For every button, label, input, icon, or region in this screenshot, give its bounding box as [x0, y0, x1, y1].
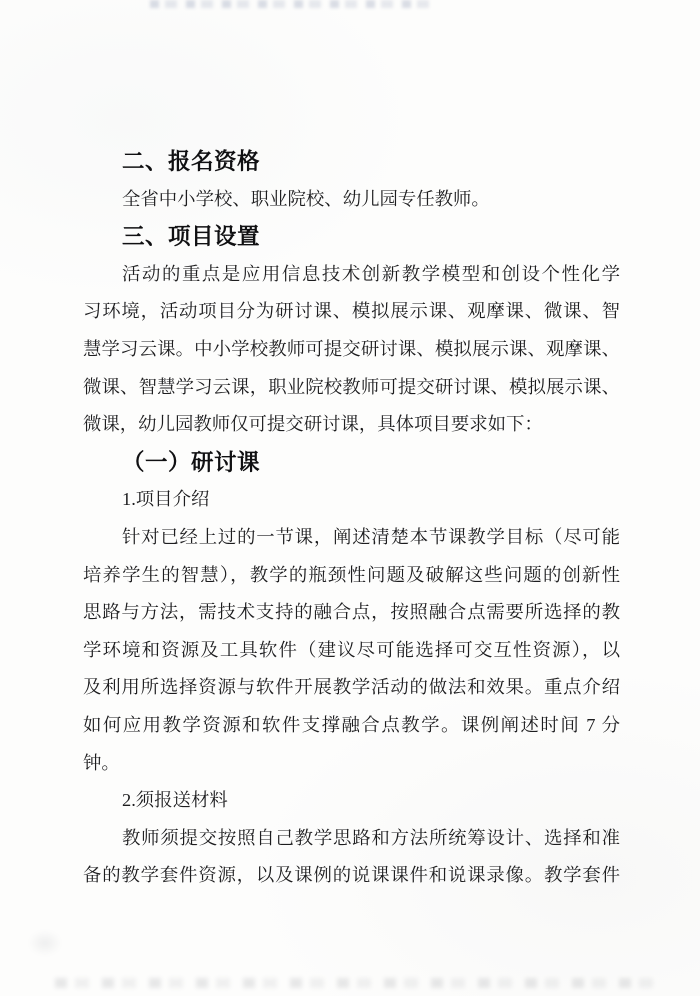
text-line: 钟。: [83, 745, 620, 783]
section-heading: （一）研讨课: [83, 444, 620, 482]
text-line: 培养学生的智慧），教学的瓶颈性问题及破解这些问题的创新性: [83, 557, 620, 595]
sub-heading: 1.项目介绍: [83, 481, 620, 519]
text-line: 如何应用教学资源和软件支撑融合点教学。课例阐述时间 7 分: [83, 707, 620, 745]
text-line: 活动的重点是应用信息技术创新教学模型和创设个性化学: [83, 256, 620, 294]
ink-bleedthrough-top: [150, 0, 438, 8]
section-heading: 三、项目设置: [83, 218, 620, 256]
text-line: 备的教学套件资源，以及课例的说课课件和说课录像。教学套件: [83, 857, 620, 895]
text-line: 教师须提交按照自己教学思路和方法所统筹设计、选择和准: [83, 820, 620, 858]
scanned-document-page: 二、报名资格全省中小学校、职业院校、幼儿园专任教师。三、项目设置活动的重点是应用…: [0, 0, 700, 996]
document-content: 二、报名资格全省中小学校、职业院校、幼儿园专任教师。三、项目设置活动的重点是应用…: [83, 143, 620, 895]
text-line: 微课，幼儿园教师仅可提交研讨课，具体项目要求如下：: [83, 406, 620, 444]
text-line: 思路与方法，需技术支持的融合点，按照融合点需要所选择的教: [83, 594, 620, 632]
ink-bleedthrough-bottom: [55, 978, 655, 988]
text-line: 及利用所选择资源与软件开展教学活动的做法和效果。重点介绍: [83, 669, 620, 707]
text-line: 微课、智慧学习云课，职业院校教师可提交研讨课、模拟展示课、: [83, 369, 620, 407]
text-line: 全省中小学校、职业院校、幼儿园专任教师。: [83, 181, 620, 219]
text-line: 习环境，活动项目分为研讨课、模拟展示课、观摩课、微课、智: [83, 293, 620, 331]
text-line: 针对已经上过的一节课，阐述清楚本节课教学目标（尽可能: [83, 519, 620, 557]
text-line: 慧学习云课。中小学校教师可提交研讨课、模拟展示课、观摩课、: [83, 331, 620, 369]
ink-bleedthrough-corner: [28, 930, 62, 956]
section-heading: 二、报名资格: [83, 143, 620, 181]
sub-heading: 2.须报送材料: [83, 782, 620, 820]
text-line: 学环境和资源及工具软件（建议尽可能选择可交互性资源），以: [83, 632, 620, 670]
